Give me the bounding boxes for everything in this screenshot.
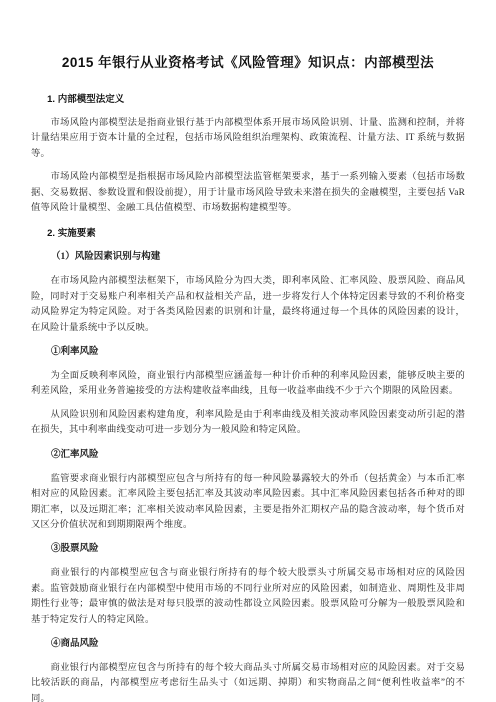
- sub-heading: （1）风险因素识别与构建: [31, 250, 465, 265]
- sub-heading: ②汇率风险: [31, 448, 465, 463]
- section-heading: 1. 内部模型法定义: [31, 92, 465, 107]
- section-heading: 2. 实施要素: [31, 226, 465, 241]
- paragraph: 在市场风险内部模型法框架下，市场风险分为四大类，即利率风险、汇率风险、股票风险、…: [31, 274, 465, 336]
- sub-heading: ③股票风险: [31, 542, 465, 557]
- page-title: 2015 年银行从业资格考试《风险管理》知识点：内部模型法: [31, 54, 465, 71]
- paragraph: 商业银行的内部模型应包含与商业银行所持有的每个较大股票头寸所属交易市场相对应的风…: [31, 566, 465, 628]
- sub-heading: ①利率风险: [31, 345, 465, 360]
- document-page: 2015 年银行从业资格考试《风险管理》知识点：内部模型法 1. 内部模型法定义…: [0, 0, 496, 702]
- document-body: 1. 内部模型法定义市场风险内部模型法是指商业银行基于内部模型体系开展市场风险识…: [31, 92, 465, 702]
- paragraph: 为全面反映利率风险，商业银行内部模型应涵盖每一种计价币种的利率风险因素，能够反映…: [31, 369, 465, 400]
- paragraph: 市场风险内部模型法是指商业银行基于内部模型体系开展市场风险识别、计量、监测和控制…: [31, 116, 465, 162]
- sub-heading: ④商品风险: [31, 637, 465, 652]
- paragraph: 监管要求商业银行内部模型应包含与所持有的每一种风险暴露较大的外币（包括黄金）与本…: [31, 472, 465, 534]
- paragraph: 商业银行内部模型应包含与所持有的每个较大商品头寸所属交易市场相对应的风险因素。对…: [31, 661, 465, 702]
- paragraph: 从风险识别和风险因素构建角度，利率风险是由于利率曲线及相关波动率风险因素变动所引…: [31, 408, 465, 439]
- paragraph: 市场风险内部模型是指根据市场风险内部模型法监管框架要求，基于一系列输入要素（包括…: [31, 170, 465, 216]
